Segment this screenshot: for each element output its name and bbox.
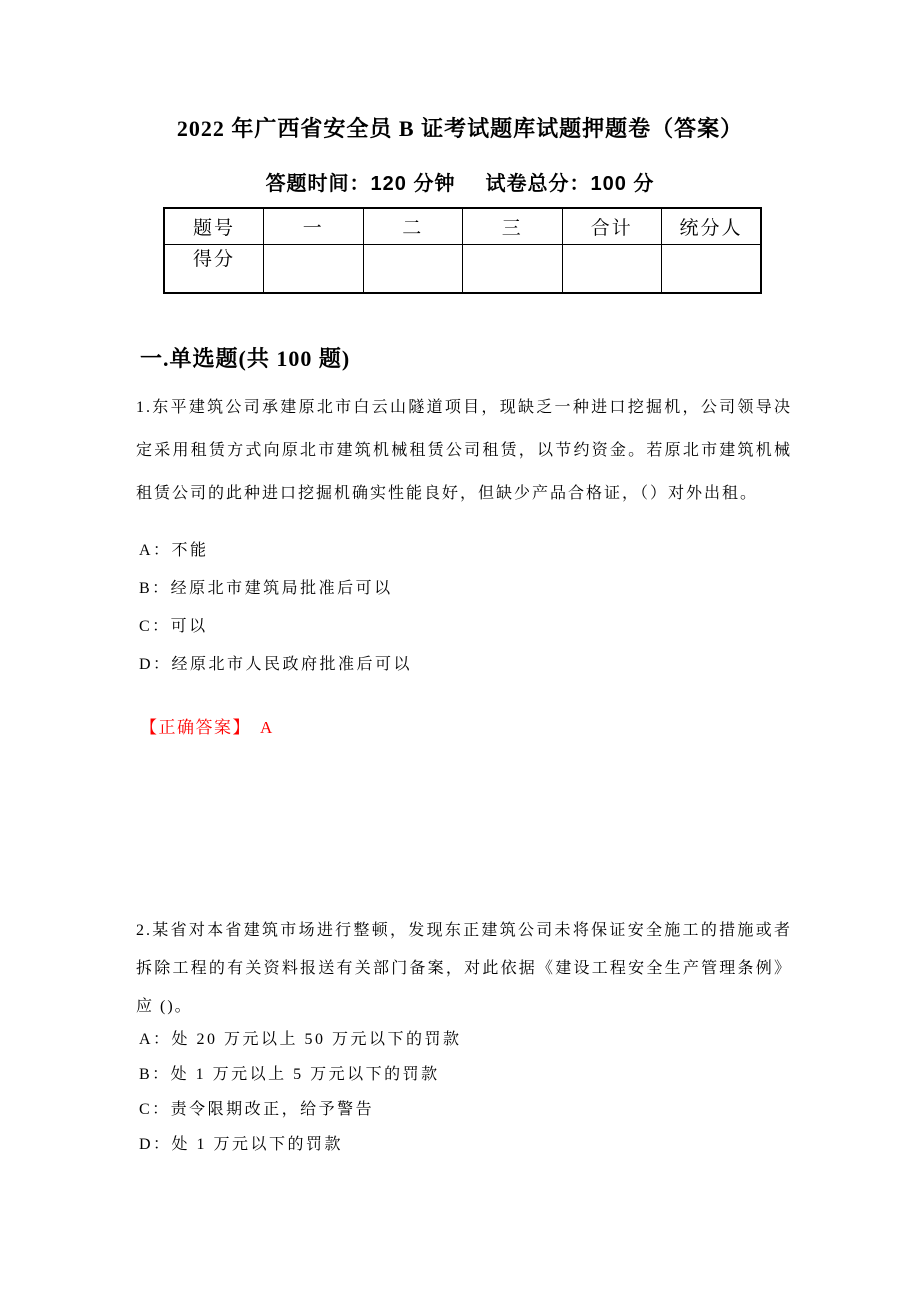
question-1-option-c: C：可以 <box>139 608 412 646</box>
question-1-option-b: B：经原北市建筑局批准后可以 <box>139 570 412 608</box>
question-2-option-d: D：处 1 万元以下的罚款 <box>139 1127 462 1162</box>
score-table: 题号 一 二 三 合计 统分人 得分 <box>163 207 762 294</box>
section-heading: 一.单选题(共 100 题) <box>140 342 350 376</box>
answer-time-info: 答题时间：120 分钟 <box>266 173 456 195</box>
question-1-options: A：不能 B：经原北市建筑局批准后可以 C：可以 D：经原北市人民政府批准后可以 <box>139 532 412 684</box>
score-table-header-one: 一 <box>264 208 364 245</box>
score-table-header-question-number: 题号 <box>164 208 264 245</box>
correct-answer-label: 【正确答案】 <box>140 718 251 737</box>
score-cell-empty <box>264 245 364 294</box>
score-row-label: 得分 <box>164 245 264 294</box>
document-page: 2022 年广西省安全员 B 证考试题库试题押题卷（答案） 答题时间：120 分… <box>0 0 920 1302</box>
total-score-info: 试卷总分：100 分 <box>486 173 655 195</box>
score-table-header-total: 合计 <box>562 208 662 245</box>
score-table-header-two: 二 <box>363 208 463 245</box>
score-table-score-row: 得分 <box>164 245 761 294</box>
page-title: 2022 年广西省安全员 B 证考试题库试题押题卷（答案） <box>0 112 920 146</box>
score-cell-empty <box>662 245 762 294</box>
correct-answer-line: 【正确答案】A <box>140 714 274 742</box>
score-table-header-three: 三 <box>463 208 563 245</box>
question-2-options: A：处 20 万元以上 50 万元以下的罚款 B：处 1 万元以上 5 万元以下… <box>139 1022 462 1162</box>
question-2-option-c: C：责令限期改正，给予警告 <box>139 1092 462 1127</box>
score-cell-empty <box>463 245 563 294</box>
score-cell-empty <box>562 245 662 294</box>
question-1-option-a: A：不能 <box>139 532 412 570</box>
exam-meta-line: 答题时间：120 分钟试卷总分：100 分 <box>0 168 920 200</box>
question-2-option-a: A：处 20 万元以上 50 万元以下的罚款 <box>139 1022 462 1057</box>
score-table-header-row: 题号 一 二 三 合计 统分人 <box>164 208 761 245</box>
correct-answer-value: A <box>260 718 274 737</box>
question-2-text: 2.某省对本省建筑市场进行整顿，发现东正建筑公司未将保证安全施工的措施或者拆除工… <box>136 912 792 1026</box>
score-cell-empty <box>363 245 463 294</box>
question-2-option-b: B：处 1 万元以上 5 万元以下的罚款 <box>139 1057 462 1092</box>
question-1-text: 1.东平建筑公司承建原北市白云山隧道项目，现缺乏一种进口挖掘机，公司领导决定采用… <box>136 386 792 515</box>
score-table-header-grader: 统分人 <box>662 208 762 245</box>
question-1-option-d: D：经原北市人民政府批准后可以 <box>139 646 412 684</box>
